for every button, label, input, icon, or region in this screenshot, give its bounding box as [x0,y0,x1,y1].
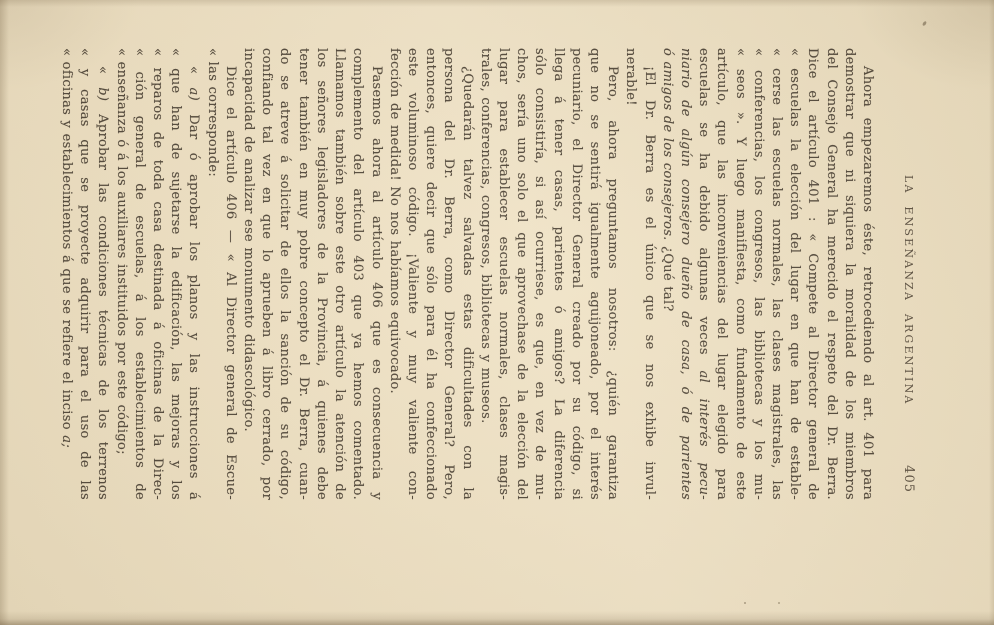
text-segment: trales, conferencias, congresos, bibliot… [478,48,493,424]
running-title: LA ENSEÑANZA ARGENTINA [899,175,917,406]
text-line: complemento del artículo 403 que ya hemo… [348,48,366,500]
text-segment: del Consejo General ha merecido el respe… [824,48,839,500]
text-line: Dice el artículo 406 — « Al Director gen… [221,48,239,500]
text-line: Ahora empezaremos éste, retrocediendo al… [858,48,876,500]
text-line: « enseñanza ó á los auxiliares instituid… [111,48,129,500]
text-segment: « [95,66,110,87]
text-segment: lugar para establecer escuelas normales,… [496,48,511,500]
scanned-book-page: LA ENSEÑANZA ARGENTINA 405 Ahora empezar… [0,0,994,625]
text-line: Llamamos también sobre este otro artícul… [330,48,348,500]
text-segment: chos, sería uno solo el que aprovechase … [514,48,529,500]
text-segment: Dar ó aprobar los planos y las instrucci… [186,101,201,500]
text-segment: « [186,66,201,88]
text-line: « las corresponde: [202,48,220,500]
text-segment: nerable! [623,48,638,106]
text-segment: niario de algún consejero dueño de casa,… [678,48,693,500]
text-segment: confiando tal vez en que lo aprueben á l… [259,48,274,500]
book-page: LA ENSEÑANZA ARGENTINA 405 Ahora empezar… [0,0,994,625]
text-line: trales, conferencias, congresos, bibliot… [476,48,494,500]
text-line: demostrar que ni siquiera la moralidad d… [840,48,858,500]
text-segment: ó amigos de los consejeros. [660,48,675,241]
text-line: pecuniario, el Director General creado p… [567,48,585,500]
text-line: chos, sería uno solo el que aprovechase … [512,48,530,500]
text-line: « reparos de toda casa destinada á ofici… [148,48,166,500]
text-line: « seos ». Y luego manifiesta, como funda… [730,48,748,500]
text-line: sólo consistiría, si así ocurriese, es q… [530,48,548,500]
text-segment: persona del Dr. Berra, como Director Gen… [441,48,456,500]
text-segment: complemento del artículo 403 que ya hemo… [350,48,365,500]
text-line: « cerse las escuelas normales, las clase… [767,48,785,500]
text-line: Pero, ahora preguntamos nosotros: ¿quién… [603,48,621,500]
text-segment: fección de medida! No nos habíamos equiv… [387,48,402,394]
text-segment: este voluminoso código. ¡Valiente y muy … [405,48,420,500]
text-line: confiando tal vez en que lo aprueben á l… [257,48,275,500]
text-segment: ¡El Dr. Berra es el único que se nos exh… [642,66,657,500]
text-line: « conferencias, los congresos, las bibli… [749,48,767,500]
text-segment: sólo consistiría, si así ocurriese, es q… [532,48,547,500]
text-line: niario de algún consejero dueño de casa,… [676,48,694,500]
text-line: lugar para establecer escuelas normales,… [494,48,512,500]
text-segment: Pero, ahora preguntamos nosotros: ¿quién… [605,66,620,500]
page-number: 405 [899,465,917,493]
text-segment: a) [186,88,201,101]
text-segment: « conferencias, los congresos, las bibli… [751,48,766,500]
text-segment: escuelas se ha debido algunas veces [696,48,711,370]
text-segment: al interés pecu- [696,370,711,500]
text-line: Dice el artículo 401 : « Compete al Dire… [803,48,821,500]
text-segment: « y casas que se proyecte adquirir para … [77,48,92,500]
text-segment: ¿Quedarán talvez salvadas estas dificult… [460,66,475,500]
text-line: entonces, quiere decir que sólo para él … [421,48,439,500]
text-line: artículo, que las inconveniencias del lu… [712,48,730,500]
text-segment: « escuelas la elección del lugar en que … [787,48,802,500]
text-line: « a) Dar ó aprobar los planos y las inst… [184,48,202,500]
text-segment: tener también en muy pobre concepto el D… [296,48,311,500]
text-segment: « enseñanza ó á los auxiliares instituid… [114,48,129,455]
text-segment: b) [95,87,110,101]
text-segment: Pasemos ahora al artículo 406 que es con… [369,66,384,500]
text-line: fección de medida! No nos habíamos equiv… [385,48,403,500]
text-segment: llega á tener casas, parientes ó amigos?… [551,48,566,500]
text-line: tener también en muy pobre concepto el D… [294,48,312,500]
text-segment: do se atreve á solicitar de ellos la san… [278,48,293,500]
text-line: los señores legisladores de la Provincia… [312,48,330,500]
text-segment: « reparos de toda casa destinada á ofici… [150,48,165,500]
text-segment: Aprobar las condiciones técnicas de los … [95,101,110,500]
text-segment: artículo, que las inconveniencias del lu… [714,48,729,500]
text-line: escuelas se ha debido algunas veces al i… [694,48,712,500]
text-line: « que han de sujetarse la edificación, l… [166,48,184,500]
text-segment: Ahora empezaremos éste, retrocediendo al… [860,66,875,500]
text-segment: « seos ». Y luego manifiesta, como funda… [733,48,748,500]
text-segment: « oficinas y establecimientos á que se r… [59,48,74,435]
text-line: « y casas que se proyecte adquirir para … [75,48,93,500]
page-body: Ahora empezaremos éste, retrocediendo al… [57,48,876,500]
text-segment: incapacidad de analizar ese monumento di… [241,48,256,432]
text-segment: pecuniario, el Director General creado p… [569,48,584,500]
text-line: « oficinas y establecimientos á que se r… [57,48,75,500]
text-line: ¿Quedarán talvez salvadas estas dificult… [457,48,475,500]
text-segment: « ción general de escuelas, á los establ… [132,48,147,500]
text-segment: demostrar que ni siquiera la moralidad d… [842,48,857,500]
running-head: LA ENSEÑANZA ARGENTINA 405 [899,48,917,500]
text-segment: Llamamos también sobre este otro artícul… [332,48,347,500]
text-line: « escuelas la elección del lugar en que … [785,48,803,500]
text-segment: ¿Qué tal? [660,241,675,312]
text-line: persona del Dr. Berra, como Director Gen… [439,48,457,500]
text-segment: Dice el artículo 406 — « Al Director gen… [223,66,238,500]
text-line: do se atreve á solicitar de ellos la san… [275,48,293,500]
text-line: llega á tener casas, parientes ó amigos?… [548,48,566,500]
text-line: « ción general de escuelas, á los establ… [130,48,148,500]
text-line: del Consejo General ha merecido el respe… [821,48,839,500]
text-line: que no se sentirá igualmente aguijoneado… [585,48,603,500]
text-line: ó amigos de los consejeros. ¿Qué tal? [658,48,676,500]
text-segment: que no se sentirá igualmente aguijoneado… [587,48,602,500]
text-line: Pasemos ahora al artículo 406 que es con… [366,48,384,500]
text-segment: Dice el artículo 401 : « Compete al Dire… [805,48,820,500]
text-segment: « cerse las escuelas normales, las clase… [769,48,784,500]
text-line: nerable! [621,48,639,500]
text-line: este voluminoso código. ¡Valiente y muy … [403,48,421,500]
text-segment: entonces, quiere decir que sólo para él … [423,48,438,500]
text-segment: « que han de sujetarse la edificación, l… [168,48,183,500]
text-line: incapacidad de analizar ese monumento di… [239,48,257,500]
text-segment: a; [59,435,74,448]
text-line: « b) Aprobar las condiciones técnicas de… [93,48,111,500]
text-segment: los señores legisladores de la Provincia… [314,48,329,500]
text-line: ¡El Dr. Berra es el único que se nos exh… [639,48,657,500]
text-segment: « las corresponde: [205,48,220,177]
